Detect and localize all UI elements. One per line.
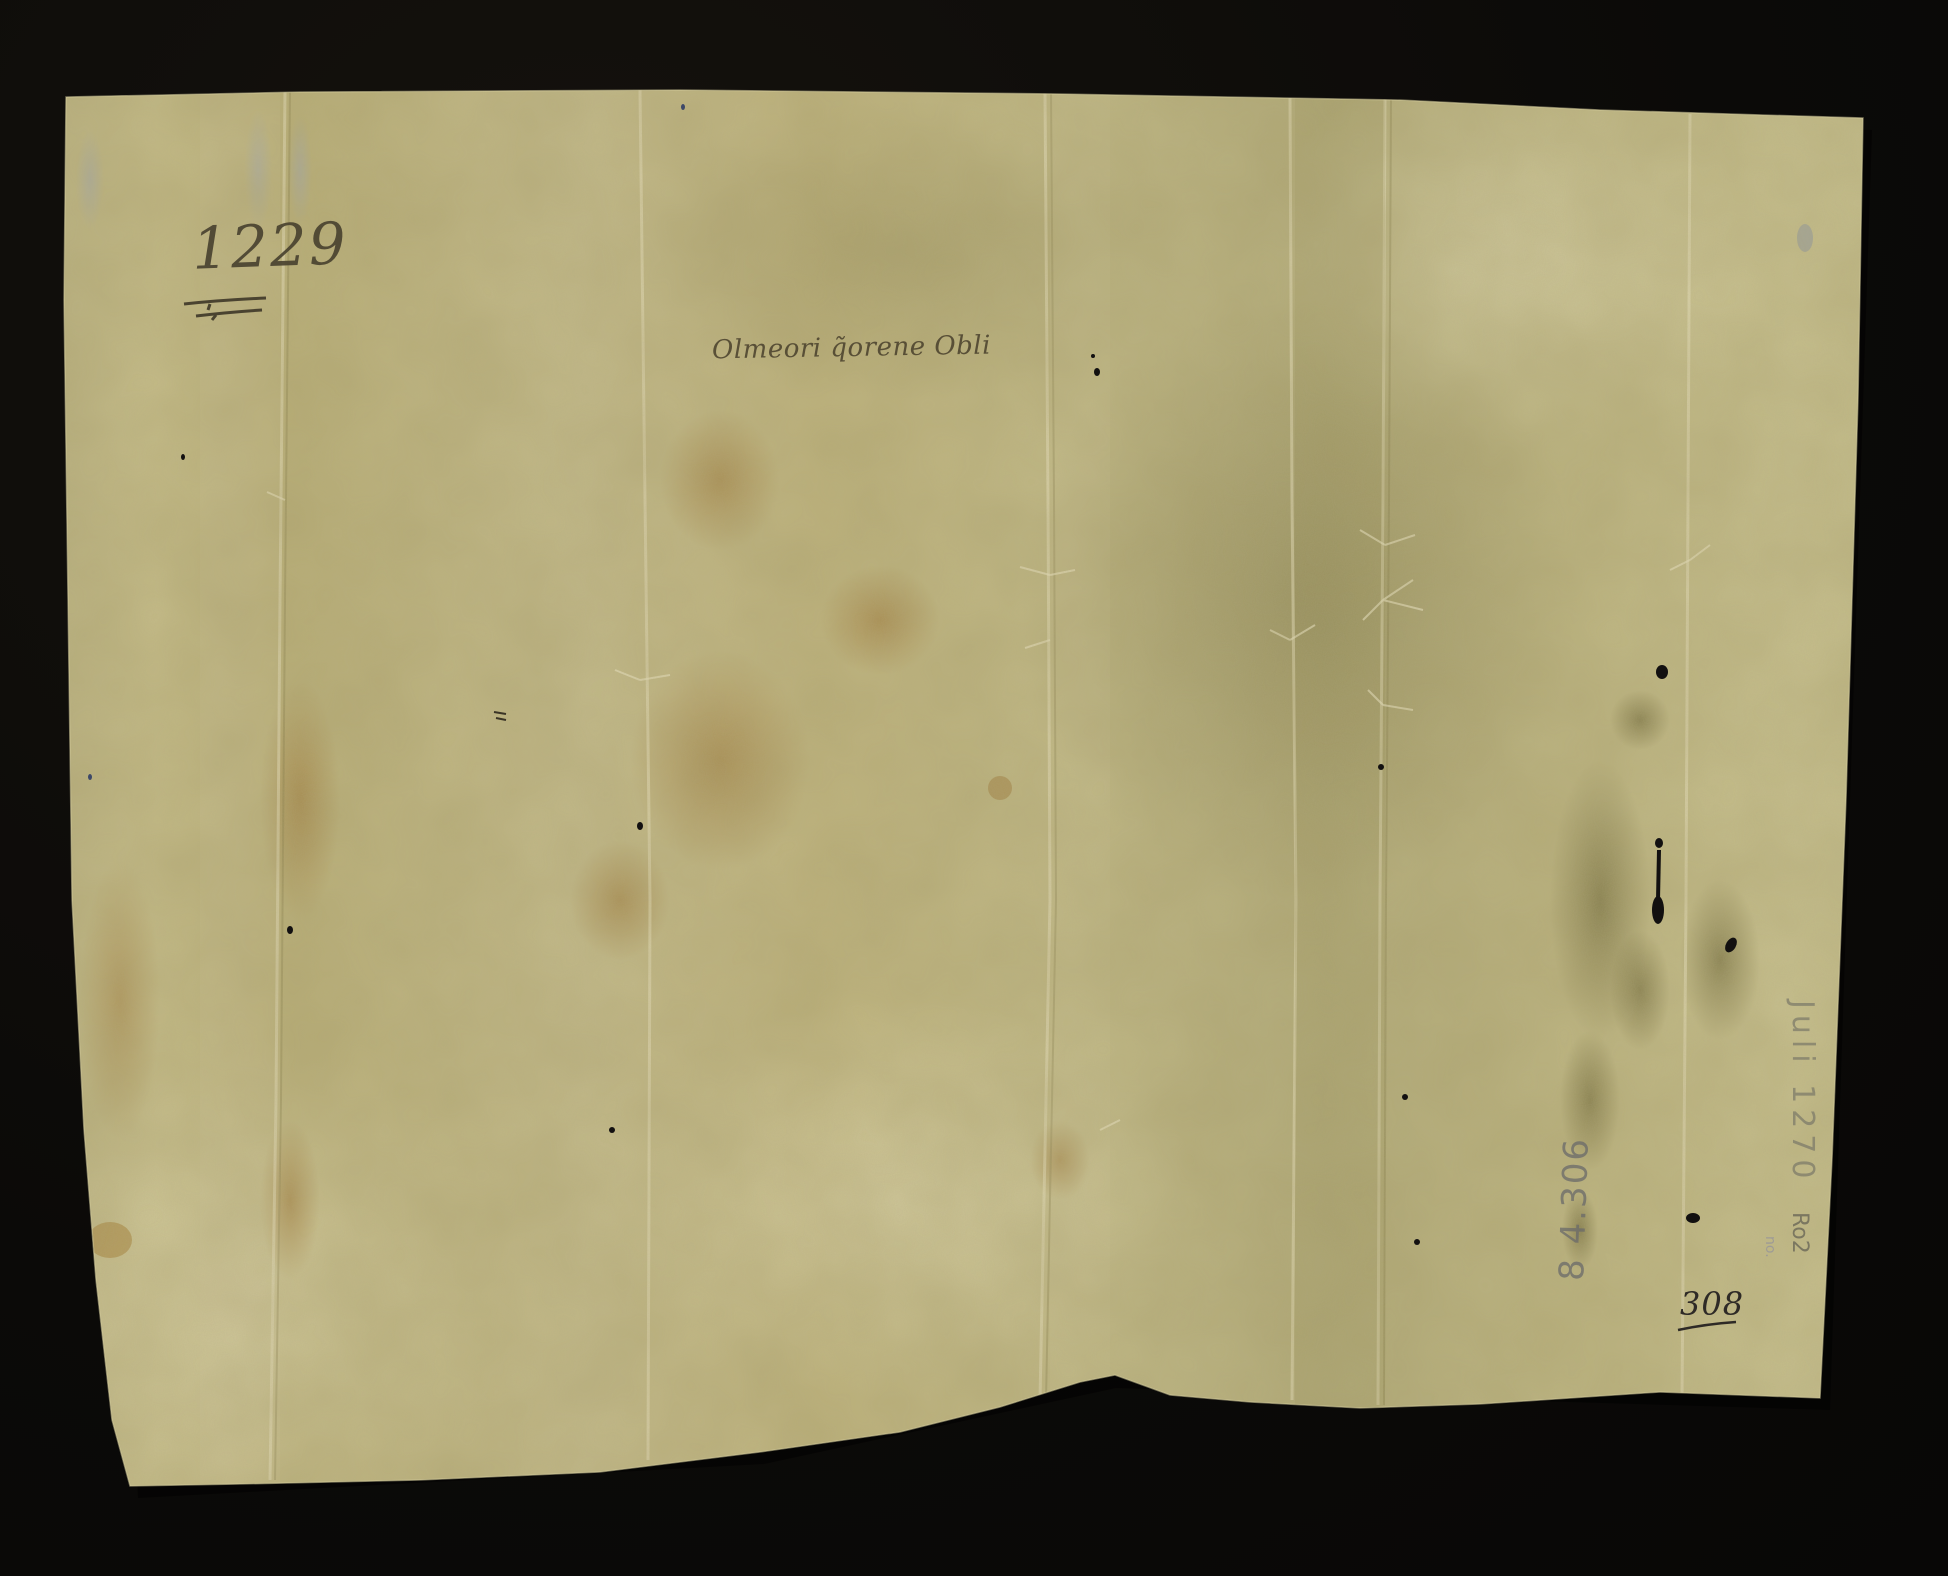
parchment-sheet (0, 0, 1948, 1576)
folio-underline-mark (1676, 1320, 1738, 1332)
catalog-double-underline-mark (182, 296, 268, 322)
photo-stage: 1229 Olmeori q̃orene Obli 8 4.306 308 Ju… (0, 0, 1948, 1576)
